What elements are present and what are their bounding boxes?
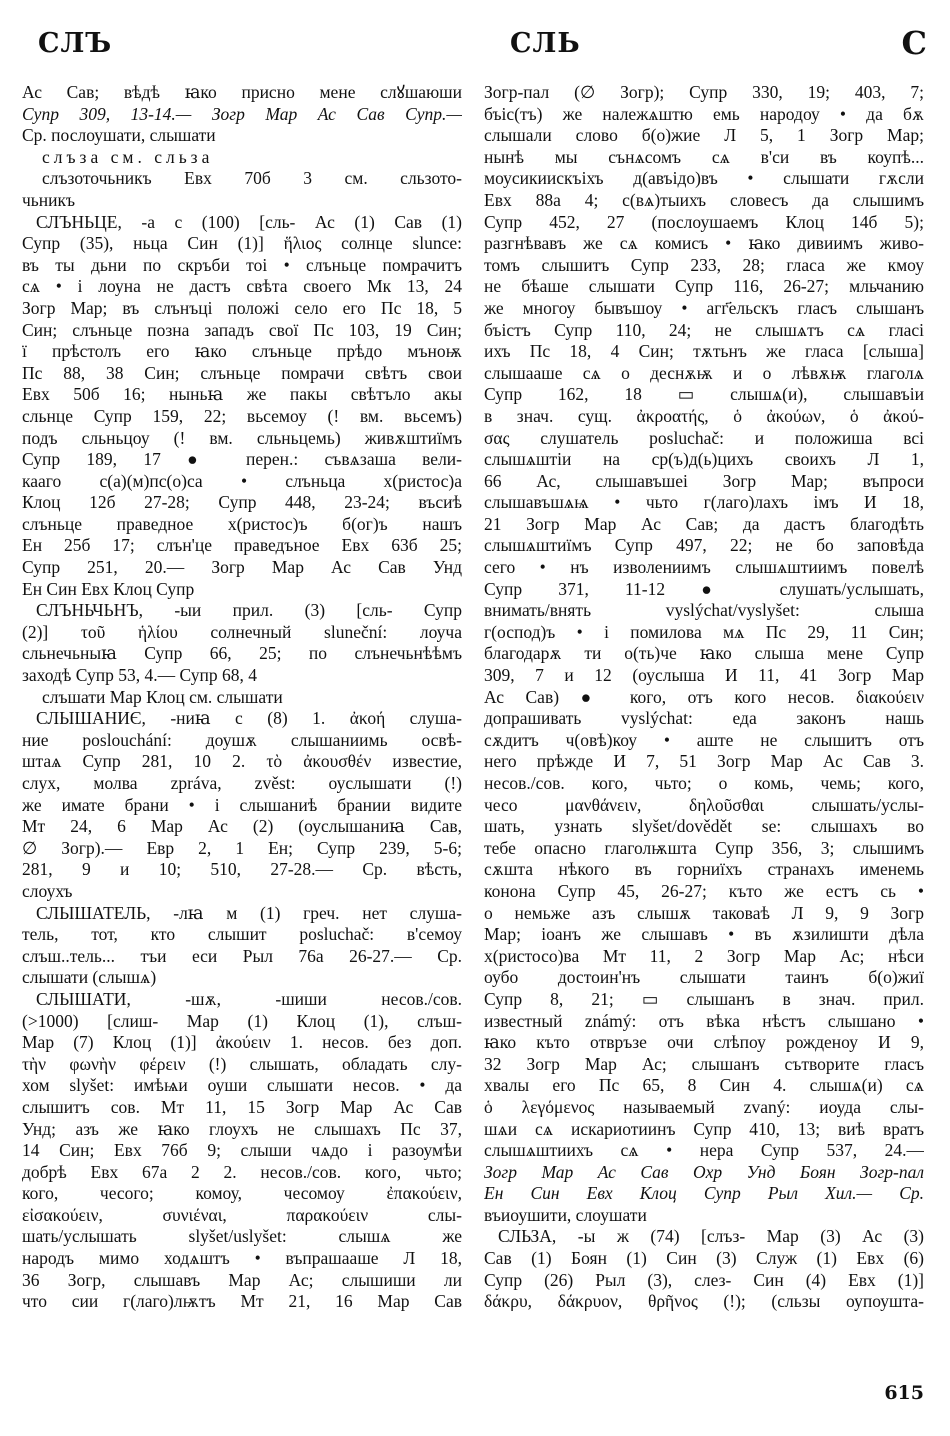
text-line: г(оспод)ъ • і помилова мѧ Пс 29, 11 Син; — [484, 622, 924, 644]
text-line: подъ сльньцоу (! вм. сльньцемь) живѫштиї… — [22, 428, 462, 450]
text-line: сльнечьныꙗ Супр 66, 25; по слънечьнѣѣмъ — [22, 643, 462, 665]
text-line: Супр 189, 17 ● перен.: съвѧзаша вели- — [22, 449, 462, 471]
text-line: Зогр Мар Ас Сав Охр Унд Боян Зогр-пал — [484, 1162, 924, 1184]
text-line: хом slyšet: имѣѩи оуши слышати несов. • … — [22, 1075, 462, 1097]
text-line: о немьже азъ слышѫ таковаѣ Л 9, 9 Зогр — [484, 903, 924, 925]
text-line: 66 Ас, слышавъшеі Зогр Мар; въпроси — [484, 471, 924, 493]
text-line: народъ мимо ходѧштъ • въпрашааше Л 18, — [22, 1248, 462, 1270]
text-line: ꙗко къто отвръзе очи слѣпоу рожденоу И 9… — [484, 1032, 924, 1054]
text-line: же имате брани • і слышаниѣ брании видит… — [22, 795, 462, 817]
text-line: слышѧштиїмъ Супр 497, 22; не бо заповѣда — [484, 535, 924, 557]
text-line: же многоу бывъшоу • агг҃ельскъ гласъ слы… — [484, 298, 924, 320]
text-line: Ен Син Евх Клоц Супр — [22, 579, 462, 601]
text-line: Супр (26) Рыл (3), слез- Син (4) Евх (1)… — [484, 1270, 924, 1292]
text-line: моусикиискъіхъ д(авъідо)въ • слышати гѫс… — [484, 168, 924, 190]
text-line: тебе опасно глаголѭшта Супр 356, 3; слыш… — [484, 838, 924, 860]
text-line: известный známý: отъ вѣка нѣстъ слышано … — [484, 1011, 924, 1033]
text-line: чьникъ — [22, 190, 462, 212]
running-head-center: СЛЬ — [510, 28, 581, 59]
text-line: 32 Зогр Мар Ас; слышанъ сътворите гласъ — [484, 1054, 924, 1076]
page-number: 615 — [884, 1382, 924, 1404]
text-line: томъ слышитъ Супр 233, 28; гласа же кмоу — [484, 255, 924, 277]
text-line: слышали слово б(о)жие Л 5, 1 Зогр Мар; — [484, 125, 924, 147]
text-line: СЛЪНЬЦЕ, -а с (100) [сль- Ас (1) Сав (1) — [22, 212, 462, 234]
text-line: благодарѫ ти о(ть)че ꙗко слыша мене Супр — [484, 643, 924, 665]
text-line: (>1000) [слиш- Мар (1) Клоц (1), слъш- — [22, 1011, 462, 1033]
running-head-letter: С — [902, 24, 928, 62]
text-line: слъш..тель... тъи еси Рыл 76а 26-27.— Ср… — [22, 946, 462, 968]
text-line: сего • нъ изволениимъ слышѧштиимъ повелѣ — [484, 557, 924, 579]
text-line: Супр 309, 13-14.— Зогр Мар Ас Сав Супр.— — [22, 104, 462, 126]
text-line: допрашивать vyslýchat: еда законъ нашь — [484, 708, 924, 730]
text-line: кааго с(а)(м)пс(о)са • слъньца х(ристос)… — [22, 471, 462, 493]
left-column: Ас Сав; вѣдѣ ꙗко присно мене слꙋшаюшиСуп… — [22, 82, 462, 1313]
text-line: СЛЫШАТЕЛЬ, -лꙗ м (1) греч. нет слуша- — [22, 903, 462, 925]
text-line: Мар (7) Клоц (1)] ἀκούειν 1. несов. без … — [22, 1032, 462, 1054]
text-line: Мт 24, 6 Мар Ас (2) (оуслышаниꙗ Сав, — [22, 816, 462, 838]
text-line: СЛЪНЬЧЬНЪ, -ыи прил. (3) [сль- Супр — [22, 600, 462, 622]
right-column: Зогр-пал (∅ Зогр); Супр 330, 19; 403, 7;… — [484, 82, 924, 1313]
text-line: Мар; іоанъ же слышавъ • въ ѫзилишти дѣла — [484, 924, 924, 946]
text-line: Ен 25б 17; слън'це праведъное Евх 63б 25… — [22, 535, 462, 557]
text-line: х(ристосо)ва Мт 11, 2 Зогр Мар Ас; нѣси — [484, 946, 924, 968]
text-line: шать/услышать slyšet/uslyšet: слышѧ же — [22, 1226, 462, 1248]
text-line: Ас Сав) ● кого, отъ кого несов. διακούει… — [484, 687, 924, 709]
text-line: Ас Сав; вѣдѣ ꙗко присно мене слꙋшаюши — [22, 82, 462, 104]
text-line: τὴν φωνὴν φέρειν (!) слышать, обладать с… — [22, 1054, 462, 1076]
text-line: разгнѣвавъ же сѧ комисъ • ꙗко дивиимъ жи… — [484, 233, 924, 255]
text-line: въ ты дьни по скръби тоі • слъньце помра… — [22, 255, 462, 277]
text-line: слышитъ сов. Мт 11, 15 Зогр Мар Ас Сав — [22, 1097, 462, 1119]
text-line: чесо μανθάνειν, δηλοῦσθαι слышать/услы- — [484, 795, 924, 817]
text-line: εἰσακούειν, συνιέναι, παρακούειν слы- — [22, 1205, 462, 1227]
text-line: 14 Син; Евх 76б 9; слыши чѧдо і разоумѣи — [22, 1140, 462, 1162]
text-line: СЛЬЗА, -ы ж (74) [слъз- Мар (3) Ас (3) — [484, 1226, 924, 1248]
text-line: Супр 251, 20.— Зогр Мар Ас Сав Унд — [22, 557, 462, 579]
text-line: слоухъ — [22, 881, 462, 903]
text-line: Ен Син Евх Клоц Супр Рыл Хил.— Ср. — [484, 1183, 924, 1205]
text-line: Евх 88а 4; с(вѧ)тыихъ словесъ да слышимъ — [484, 190, 924, 212]
text-line: Син; слъньце позна западъ свої Пс 103, 1… — [22, 320, 462, 342]
text-line: кого, чесого; комоу, чесомоу ἐπακούειν, — [22, 1183, 462, 1205]
text-line: ї прѣстолъ его ꙗко слъньце прѣдо мъноѭ — [22, 341, 462, 363]
text-line: оубо достоин'нъ слышати таинъ б(о)жиї — [484, 967, 924, 989]
text-line: 281, 9 и 10; 510, 27-28.— Ср. вѣсть, — [22, 859, 462, 881]
text-line: сльнце Супр 159, 22; вьсемоу (! вм. вьсе… — [22, 406, 462, 428]
text-line: шѧи сѧ искариотиинъ Супр 410, 13; виѣ вр… — [484, 1119, 924, 1141]
text-line: внимать/внять vyslýchat/vyslyšet: слыша — [484, 600, 924, 622]
text-line: Ср. послоушати, слышати — [22, 125, 462, 147]
running-head-left: СЛЪ — [38, 28, 112, 59]
text-line: бъіс(тъ) же належѧштю емь народоу • да б… — [484, 104, 924, 126]
text-line: σας слушатель posluchač: и положиша всі — [484, 428, 924, 450]
text-line: сѫдитъ ч(овѣ)коу • аште не слышитъ отъ — [484, 730, 924, 752]
text-line: слъза см. сльза — [22, 147, 462, 169]
text-line: слышавъшѧѩ • чьто г(лаго)лахъ імъ И 18, — [484, 492, 924, 514]
text-line: несов./сов. кого, чьто; о комь, чемь; ко… — [484, 773, 924, 795]
text-line: Зогр Мар; въ слънъці положі село его Пс … — [22, 298, 462, 320]
text-line: что сии г(лаго)лѭтъ Мт 21, 16 Мар Сав — [22, 1291, 462, 1313]
text-line: ние poslouchání: доушѫ слышаниимь освѣ- — [22, 730, 462, 752]
text-line: δάκρυ, δάκρυον, θρῆνος (!); (сльзы оупоу… — [484, 1291, 924, 1313]
text-line: ὁ λεγόμενος называемый zvaný: иоуда слы- — [484, 1097, 924, 1119]
text-line: Супр 162, 18 ▭ слышѧ(и), слышавъіи — [484, 384, 924, 406]
text-line: Супр 452, 27 (послоушаемъ Клоц 14б 5); — [484, 212, 924, 234]
text-line: сѫшта нѣкого въ горниїхъ странахъ именем… — [484, 859, 924, 881]
text-line: заходѣ Супр 53, 4.— Супр 68, 4 — [22, 665, 462, 687]
text-line: штаѧ Супр 281, 10 2. τὸ ἀκουσθέν извести… — [22, 751, 462, 773]
text-line: Унд; азъ же ꙗко глоухъ не слышахъ Пс 37, — [22, 1119, 462, 1141]
text-line: в знач. сущ. ἀκροατής, ὁ ἀκούων, ὁ ἀκού- — [484, 406, 924, 428]
text-line: Клоц 12б 27-28; Супр 448, 23-24; въсиѣ — [22, 492, 462, 514]
text-line: 21 Зогр Мар Ас Сав; да дастъ благодѣть — [484, 514, 924, 536]
text-line: слъньце праведное х(ристос)ъ б(ог)ъ нашъ — [22, 514, 462, 536]
text-line: слышати (слышѧ) — [22, 967, 462, 989]
text-line: слух, молва zpráva, zvěst: оуслышати (!) — [22, 773, 462, 795]
text-line: шать, узнать slyšet/dovědět se: слышахъ … — [484, 816, 924, 838]
text-line: ∅ Зогр).— Евр 2, 1 Ен; Супр 239, 5-6; — [22, 838, 462, 860]
text-line: ихъ Пс 18, 4 Син; тѫтьнъ же гласа [слыша… — [484, 341, 924, 363]
text-line: нынѣ мы сънѧсомъ сѧ в'си въ коупѣ... — [484, 147, 924, 169]
text-line: (2)] τοῦ ἡλίου солнечный sluneční: лоуча — [22, 622, 462, 644]
text-line: конона Супр 45, 26-27; къто же естъ сь • — [484, 881, 924, 903]
text-line: добрѣ Евх 67а 2 2. несов./сов. кого, чьт… — [22, 1162, 462, 1184]
text-line: СЛЫШАТИ, -шѫ, -шиши несов./сов. — [22, 989, 462, 1011]
text-line: слышѧштіи на ср(ъ)д(ь)цихъ своихъ Л 1, — [484, 449, 924, 471]
text-line: Евх 50б 16; ныньꙗ же пакы свѣтъло акы — [22, 384, 462, 406]
text-line: бъістъ Супр 110, 24; не слышѧтъ сѧ гласі — [484, 320, 924, 342]
text-line: сѧ • і лоуна не дастъ свѣта своего Мк 13… — [22, 276, 462, 298]
text-line: Пс 88, 38 Син; слъньце помрачи свѣтъ сво… — [22, 363, 462, 385]
text-line: Супр (35), ньца Син (1)] ἥλιος солнце sl… — [22, 233, 462, 255]
text-line: слышѧштиихъ сѧ • нера Супр 537, 24.— — [484, 1140, 924, 1162]
text-line: не бѣаше слышати Супр 116, 26-27; мльчан… — [484, 276, 924, 298]
text-line: слъзоточьникъ Евх 70б 3 см. сльзото- — [22, 168, 462, 190]
dictionary-page: СЛЪ СЛЬ С Ас Сав; вѣдѣ ꙗко присно мене с… — [0, 0, 950, 1436]
text-line: Супр 371, 11-12 ● слушать/услышать, — [484, 579, 924, 601]
text-line: Сав (1) Боян (1) Син (3) Служ (1) Евх (6… — [484, 1248, 924, 1270]
text-line: слышааше сѧ о деснѫѭ и о лѣвѫѭ глаголѧ — [484, 363, 924, 385]
text-line: хвалы его Пс 65, 8 Син 4. слышѧ(и) сѧ — [484, 1075, 924, 1097]
text-line: него прѣжде И 7, 51 Зогр Мар Ас Сав 3. — [484, 751, 924, 773]
text-line: Супр 8, 21; ▭ слышанъ в знач. прил. — [484, 989, 924, 1011]
text-line: 309, 7 и 12 (оуслыша И 11, 41 Зогр Мар — [484, 665, 924, 687]
text-line: слъшати Мар Клоц см. слышати — [22, 687, 462, 709]
text-line: Зогр-пал (∅ Зогр); Супр 330, 19; 403, 7; — [484, 82, 924, 104]
text-line: 36 Зогр, слышавъ Мар Ас; слышиши ли — [22, 1270, 462, 1292]
text-line: въиоушити, слоушати — [484, 1205, 924, 1227]
text-line: тель, тот, кто слышит posluchač: в'семоу — [22, 924, 462, 946]
text-line: СЛЫШАНИЄ, -ниꙗ с (8) 1. ἀκοή слуша- — [22, 708, 462, 730]
